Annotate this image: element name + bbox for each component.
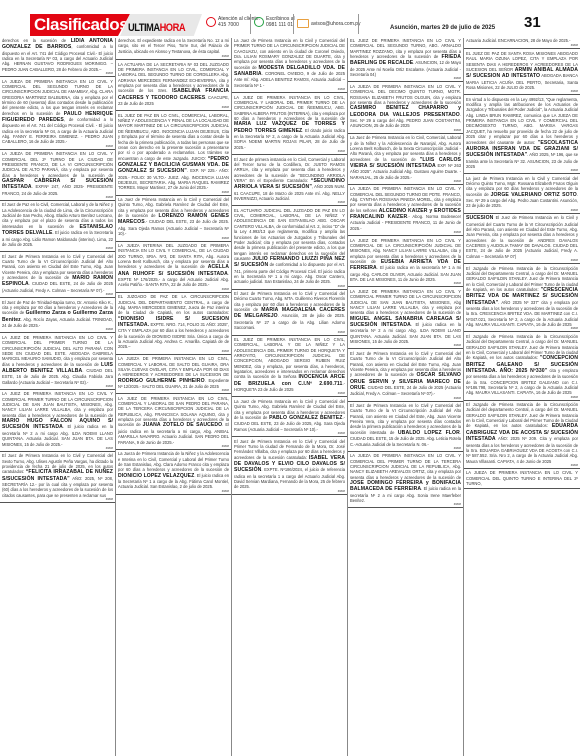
brand-hora: HORA [160, 22, 186, 34]
notice-text: El Juez de Primera Instancia en lo Civil… [234, 439, 345, 490]
divider [358, 14, 359, 34]
column-1: derechos en la sucesión de LIDIA ANTONIA… [0, 38, 115, 756]
notice-code: ##### [466, 464, 578, 467]
notice-text: El Juez de Primera Instancia en lo Civil… [350, 403, 461, 446]
legal-notice: LA JUEZA DE PRIMERA INSTANCIA EN LO CIVI… [348, 84, 463, 134]
page-header: Clasificados ULTIMAHORA Atención al clie… [0, 0, 580, 38]
legal-notice: LA JUEZ DE PRIMERA INSTANCIA EN LO CIVIL… [348, 238, 463, 288]
legal-notice: El Juez de Primera Instancia en lo Civil… [232, 291, 347, 335]
notice-text: El Juzgado de Primera Instancia de la Ci… [466, 402, 578, 463]
notice-code: ##### [466, 259, 578, 262]
legal-notice: En virtud a lo dispuesto en la Ley 4992/… [464, 97, 580, 174]
notice-text: El Juez de Primera Instancia en lo Civil… [234, 291, 345, 330]
notice-code: ##### [466, 327, 578, 330]
notice-text: EL ACTUARIO JUDICIAL DEL JUZGADO DE PAZ … [234, 208, 345, 284]
whatsapp-contact: Escríbinos al0981 111 01 [254, 16, 295, 28]
notice-text: derechos en la sucesión de LIDIA ANTONIA… [2, 38, 113, 72]
notice-code: ##### [118, 288, 229, 291]
notice-code: ##### [234, 392, 345, 395]
classifieds-columns: derechos en la sucesión de LIDIA ANTONIA… [0, 38, 580, 756]
notice-code: ##### [118, 106, 229, 109]
notice-text: LA JUEZA INTERINA DEL JUZGADO DE PRIMERA… [118, 243, 229, 287]
notice-text: La Juez de Primera Instancia en lo Civil… [234, 399, 345, 432]
notice-code: ##### [350, 344, 461, 347]
legal-notice: El Juez de Primera Instancia en lo Civil… [232, 439, 347, 495]
legal-notice: LA JUEZA DE PRIMERA INSTANCIA EN LO CIVI… [348, 453, 463, 508]
notice-text: El Juzgado de Primera Instancia de la Ci… [466, 266, 578, 327]
page-number: 31 [524, 14, 541, 31]
notice-code: ##### [234, 285, 345, 288]
notice-code: ##### [2, 447, 113, 450]
legal-notice: El Juzgado de Primera Instancia de la Ci… [464, 334, 580, 401]
deceased-name: SUCESION [466, 215, 493, 221]
notice-code: ##### [2, 145, 113, 148]
notice-text: LA JUEZA DE PRIMERA INSTANCIA EN LO CIVI… [350, 84, 461, 128]
column-3: La Juez de Primera Instancia en lo Civil… [231, 38, 347, 756]
notice-text: SUCESION El Juez de Primera Instancia en… [466, 215, 578, 258]
section-title-banner: Clasificados [30, 14, 130, 36]
legal-notice: SUCESION El Juez de Primera Instancia en… [464, 215, 580, 264]
notice-text: LA JUEZ DE PRIMERA INSTANCIA EN LO CIVIL… [2, 335, 113, 385]
notice-code: ##### [118, 237, 229, 240]
notice-text: LA JUEZA DE PRIMERA INSTANCIA EN LO CIVI… [350, 186, 461, 230]
notice-code: ##### [2, 385, 113, 388]
notice-text: EL JUEZ DE PAZ EN LO CIVIL, COMERCIAL, L… [118, 113, 229, 190]
notice-text: LA JUEZA DE PRIMERA INSTANCIA EN LO CIVI… [118, 356, 229, 389]
notice-text: La Juez de Primera Instancia en lo Civil… [118, 197, 229, 236]
legal-notice: LA JUEZA DE PRIMERA INSTANCIA EN LO CIVI… [348, 186, 463, 236]
notice-code: ##### [350, 77, 461, 80]
notice-text: La juez de Primera Instancia en lo Civil… [466, 176, 578, 209]
phone-icon [206, 17, 216, 27]
notice-text: LA JUEZA DE PRIMERA INSTANCIA EN LO CIVI… [2, 79, 113, 145]
notice-text: EL JUZGADO DE PAZ DE LA CIRCUNSCRIPCION … [118, 294, 229, 349]
notice-text: El Juez de Paz en lo Civil, Comercial, L… [2, 202, 113, 246]
notice-code: ##### [350, 180, 461, 183]
notice-code: ##### [118, 350, 229, 353]
legal-notice: LA JUEZA DE PRIMERA INSTANCIA EN LO CIVI… [464, 470, 580, 489]
notice-code: ##### [350, 282, 461, 285]
notice-code: ##### [234, 331, 345, 334]
deceased-name: UBALDO LOPEZ FLOR [398, 430, 460, 436]
notice-code: ##### [350, 397, 461, 400]
notice-code: ##### [350, 231, 461, 234]
notice-code: ##### [466, 169, 578, 172]
notice-code: ##### [2, 247, 113, 250]
legal-notice: LA JUEZ DE PRIMERA INSTANCIA EN LO CIVIL… [0, 335, 115, 390]
legal-notice: LA JUEZ DE PRIMERA INSTANCIA EN LO CIVIL… [348, 289, 463, 349]
notice-text: El Juez de Paz de Trinidad-Itapúa turno,… [2, 300, 113, 328]
legal-notice: La Juez de Primera Instancia en lo Civil… [348, 135, 463, 185]
divider [293, 14, 294, 34]
column-4: EL JUEZ DE PRIMERA INSTANCIA EN LO CIVIL… [347, 38, 463, 756]
legal-notice: La Jueza de Primera Instancia de la Niñe… [116, 451, 231, 494]
notice-text: El Juez de Primera Instancia en lo Civil… [350, 351, 461, 396]
notice-code: ##### [466, 44, 578, 47]
notice-code: ##### [2, 293, 113, 296]
notice-code: ##### [2, 498, 113, 501]
notice-code: ##### [2, 196, 113, 199]
notice-text: EL JUEZ DE PRIMERA INSTANCIA EN LO CIVIL… [350, 38, 461, 77]
deceased-name: CASIMIRO BENITEZ CHAPARRO y LEODORA DIA … [350, 105, 461, 117]
legal-notice: El Juez de Primera Instancia en lo Civil… [348, 351, 463, 402]
notice-text: Actuaria Judicial. ENCARNACION, 28 de Ma… [466, 38, 570, 43]
notice-text: LA JUEZ DE PRIMERA INSTANCIA EN LO CIVIL… [2, 391, 113, 446]
notice-text: LA JUEZ DE PRIMERA INSTANCIA EN LO CIVIL… [234, 95, 345, 150]
legal-notice: El Juez de Primera Instancia en lo Civil… [0, 453, 115, 503]
brand-logo: ULTIMAHORA [128, 22, 185, 34]
legal-notice: El Juez de Paz de Trinidad-Itapúa turno,… [0, 300, 115, 334]
legal-notice: EL JUEZ DE PRIMERA INSTANCIA EN LO CIVIL… [232, 337, 347, 397]
notice-code: ##### [350, 447, 461, 450]
notice-text: LA ACTUARIA DE LA SECRETARIA Nº 03 DEL J… [118, 62, 229, 106]
legal-notice: Actuaria Judicial. ENCARNACION, 28 de Ma… [464, 38, 580, 49]
notice-code: ##### [350, 129, 461, 132]
legal-notice: El Juez de Primera Instancia en lo Civil… [348, 403, 463, 452]
column-5: Actuaria Judicial. ENCARNACION, 28 de Ma… [463, 38, 580, 756]
notice-text: LA JUEZ DE PRIMERA INSTANCIA EN LO CIVIL… [350, 238, 461, 282]
legal-notice: La Juez de Primera Instancia en lo Civil… [232, 399, 347, 437]
legal-notice: EL ACTUARIO JUDICIAL DEL JUZGADO DE PAZ … [232, 208, 347, 290]
notice-code: ##### [234, 150, 345, 153]
notice-code: ##### [118, 389, 229, 392]
notice-text: En virtud a lo dispuesto en la Ley 4992/… [466, 97, 578, 169]
notice-text: La Juez de Primera Instancia en lo Civil… [350, 135, 461, 179]
deceased-name: DIONICIO LOPEZ VELAZQUEZ [118, 473, 194, 479]
legal-notice: La Juez de Primera Instancia en lo Civil… [232, 38, 347, 93]
notice-text: El Juez de Primera Instancia en lo Civil… [2, 254, 113, 293]
notice-text: La Juez de Primera Instancia en lo Civil… [234, 38, 345, 88]
notice-text: EL JUEZ DE PAZ DE SANTA ROSA MISIONES AB… [466, 51, 578, 90]
deceased-name: PABLO GONZALEZ BENITEZ [269, 415, 342, 421]
notice-code: ##### [466, 90, 578, 93]
brand-ultima: ULTIMA [128, 22, 160, 34]
deceased-name: RODRIGO GULHERME PINHEIRO [118, 378, 205, 384]
legal-notice: La juez de Primera Instancia en lo Civil… [464, 176, 580, 214]
divider [250, 14, 251, 34]
deceased-name: JUANA ZOTELO DE SAUCEDO [143, 422, 223, 428]
notice-text: derechos. El expediente radica en la Sec… [118, 38, 229, 54]
notice-text: EL JUEZ DE PRIMERA INSTANCIA EN LO CIVIL… [234, 337, 345, 392]
notice-text: LA JUEZ DE PRIMERA INSTANCIA EN LO CIVIL… [350, 289, 461, 344]
notice-text: El Juez de Primera Instancia en lo Civil… [2, 453, 113, 497]
notice-text: LA JUEZA DE PRIMERA INSTANCIA EN LO CIVI… [466, 470, 578, 486]
legal-notice: EL JUEZ DE PAZ EN LO CIVIL, COMERCIAL, L… [116, 113, 231, 196]
notice-code: ##### [2, 72, 113, 75]
legal-notice: La Juez de Primera Instancia en lo Civil… [116, 197, 231, 241]
notice-code: ##### [2, 328, 113, 331]
notice-code: ##### [118, 490, 229, 493]
notice-text: LA JUEZ DE PRIMERA INSTANCIA EN LO CIVIL… [118, 396, 229, 445]
mail-icon [297, 19, 309, 28]
legal-notice: LA JUEZA INTERINA DEL JUZGADO DE PRIMERA… [116, 243, 231, 293]
notice-code: ##### [118, 445, 229, 448]
notice-code: ##### [234, 490, 345, 493]
notice-text: El Juzgado de Primera Instancia de la Ci… [466, 334, 578, 395]
legal-notice: EL JUEZ DE PAZ DE SANTA ROSA MISIONES AB… [464, 51, 580, 95]
legal-notice: LA ACTUARIA DE LA SECRETARIA Nº 03 DEL J… [116, 62, 231, 112]
whatsapp-number: 0981 111 01 [266, 22, 295, 28]
notice-code: ##### [350, 503, 461, 506]
column-2: derechos. El expediente radica en la Sec… [115, 38, 231, 756]
legal-notice: El Juez de Primera Instancia en lo Civil… [0, 254, 115, 298]
notice-code: ##### [466, 209, 578, 212]
notice-code: ##### [234, 88, 345, 91]
legal-notice: LA JUEZA DE PRIMERA INSTANCIA EN LO CIVI… [0, 79, 115, 150]
deceased-name: JORGE VALERIANO ORTIZ SOTO [491, 192, 577, 198]
whatsapp-icon [254, 17, 264, 27]
legal-notice: derechos en la sucesión de LIDIA ANTONIA… [0, 38, 115, 77]
notice-code: ##### [234, 432, 345, 435]
legal-notice: El Juzgado de Primera Instancia de la Ci… [464, 266, 580, 333]
legal-notice: El Juez de Paz en lo Civil, Comercial, L… [0, 202, 115, 252]
notice-text: LA JUEZA DE PRIMERA INSTANCIA EN LO CIVI… [2, 151, 113, 195]
email-contact: avisos@uhora.com.py [297, 19, 361, 28]
email-address: avisos@uhora.com.py [311, 21, 361, 27]
notice-text: La Jueza de Primera Instancia de la Niñe… [118, 451, 229, 489]
legal-notice: LA JUEZA DE PRIMERA INSTANCIA EN LO CIVI… [0, 151, 115, 201]
legal-notice: LA JUEZ DE PRIMERA INSTANCIA EN LO CIVIL… [232, 95, 347, 155]
notice-code: ##### [466, 396, 578, 399]
issue-date: Asunción, martes 29 de julio de 2025 [390, 25, 495, 31]
legal-notice: LA JUEZ DE PRIMERA INSTANCIA EN LO CIVIL… [116, 396, 231, 450]
phone-contact: Atención al cliente:415 7000 [206, 16, 260, 28]
notice-code: ##### [234, 201, 345, 204]
legal-notice: LA JUEZ DE PRIMERA INSTANCIA EN LO CIVIL… [0, 391, 115, 451]
notice-text: LA JUEZA DE PRIMERA INSTANCIA EN LO CIVI… [350, 453, 461, 503]
notice-text: El Juez de primera instancia en lo Civil… [234, 157, 345, 201]
legal-notice: derechos. El expediente radica en la Sec… [116, 38, 231, 60]
legal-notice: El Juzgado de Primera Instancia de la Ci… [464, 402, 580, 469]
legal-notice: LA JUEZA DE PRIMERA INSTANCIA EN LO CIVI… [116, 356, 231, 394]
notice-code: ##### [118, 55, 229, 58]
legal-notice: EL JUZGADO DE PAZ DE LA CIRCUNSCRIPCION … [116, 294, 231, 354]
notice-code: ##### [118, 191, 229, 194]
legal-notice: El Juez de primera instancia en lo Civil… [232, 157, 347, 207]
section-title: Clasificados [30, 14, 130, 36]
legal-notice: EL JUEZ DE PRIMERA INSTANCIA EN LO CIVIL… [348, 38, 463, 82]
